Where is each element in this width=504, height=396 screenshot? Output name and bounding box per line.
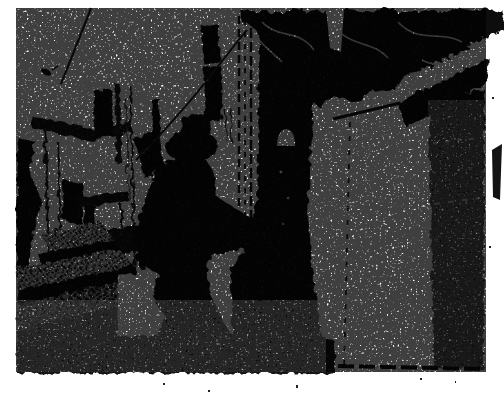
street-scene-photo <box>0 0 504 396</box>
halftone-noise-overlay <box>16 8 486 372</box>
photo-page <box>0 0 504 396</box>
